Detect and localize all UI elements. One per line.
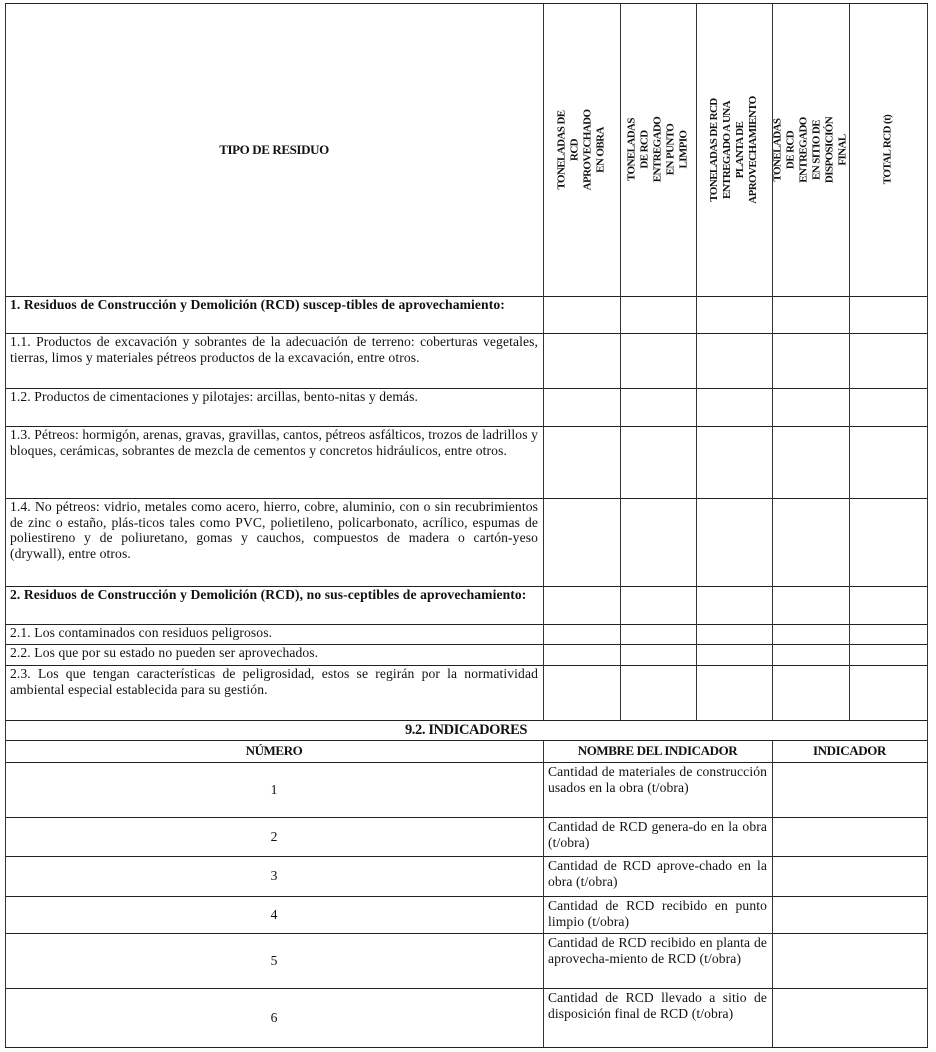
waste-type-row-label: 2.3. Los que tengan características de p… — [5, 665, 543, 720]
indicators-column-header: INDICADOR — [772, 740, 927, 762]
indicator-number: 6 — [5, 988, 543, 1047]
indicator-value-cell[interactable] — [772, 933, 927, 988]
waste-type-row-label: 2.2. Los que por su estado no pueden ser… — [5, 644, 543, 665]
tonnage-cell[interactable] — [620, 333, 696, 388]
tonnage-cell[interactable] — [620, 296, 696, 333]
waste-type-row-label: 1.1. Productos de excavación y sobrantes… — [5, 333, 543, 388]
indicator-number: 2 — [5, 817, 543, 856]
table-rule — [849, 3, 850, 720]
column-header-label: TONELADAS DE RCD ENTREGADO EN SITIO DE D… — [772, 111, 850, 188]
tonnage-cell[interactable] — [543, 586, 620, 624]
tonnage-cell[interactable] — [696, 624, 772, 644]
table-rule — [927, 3, 928, 720]
tonnage-cell[interactable] — [620, 388, 696, 426]
tonnage-cell[interactable] — [696, 426, 772, 498]
table-rule — [543, 3, 544, 720]
tonnage-cell[interactable] — [849, 624, 927, 644]
indicator-name: Cantidad de RCD recibido en punto limpio… — [543, 896, 772, 933]
tonnage-cell[interactable] — [772, 388, 849, 426]
tonnage-cell[interactable] — [620, 665, 696, 720]
indicator-name: Cantidad de materiales de construcción u… — [543, 762, 772, 817]
indicator-value-cell[interactable] — [772, 988, 927, 1047]
tonnage-cell[interactable] — [543, 426, 620, 498]
tonnage-cell[interactable] — [620, 586, 696, 624]
tonnage-cell[interactable] — [543, 333, 620, 388]
indicators-column-header: NOMBRE DEL INDICADOR — [543, 740, 772, 762]
tonnage-cell[interactable] — [696, 388, 772, 426]
indicators-column-header: NÚMERO — [5, 740, 543, 762]
table-rule — [772, 3, 773, 720]
tonnage-cell[interactable] — [620, 498, 696, 586]
waste-type-row-label: 1.2. Productos de cimentaciones y pilota… — [5, 388, 543, 426]
tonnage-cell[interactable] — [620, 624, 696, 644]
tonnage-cell[interactable] — [849, 498, 927, 586]
indicator-value-cell[interactable] — [772, 762, 927, 817]
tonnage-cell[interactable] — [543, 665, 620, 720]
waste-type-row-label: 1.4. No pétreos: vidrio, metales como ac… — [5, 498, 543, 586]
column-header-label: TONELADAS DE RCD ENTREGADO A UNA PLANTA … — [708, 96, 760, 204]
indicator-number: 5 — [5, 933, 543, 988]
tonnage-cell[interactable] — [849, 665, 927, 720]
indicator-name: Cantidad de RCD aprove-chado en la obra … — [543, 856, 772, 896]
indicator-name: Cantidad de RCD llevado a sitio de dispo… — [543, 988, 772, 1047]
tonnage-cell[interactable] — [696, 296, 772, 333]
tonnage-cell[interactable] — [543, 624, 620, 644]
tonnage-cell[interactable] — [620, 644, 696, 665]
tonnage-cell[interactable] — [849, 644, 927, 665]
tonnage-cell[interactable] — [772, 586, 849, 624]
indicator-value-cell[interactable] — [772, 817, 927, 856]
table-rule — [772, 740, 773, 1047]
tonnage-cell[interactable] — [696, 498, 772, 586]
tonnage-cell[interactable] — [772, 333, 849, 388]
table-rule — [5, 720, 6, 1047]
tonnage-cell[interactable] — [849, 388, 927, 426]
tonnage-cell[interactable] — [772, 498, 849, 586]
table-rule — [5, 1047, 928, 1048]
tonnage-cell[interactable] — [849, 426, 927, 498]
table-rule — [543, 740, 544, 1047]
column-header-label: TOTAL RCD (t) — [882, 111, 895, 189]
indicator-name: Cantidad de RCD recibido en planta de ap… — [543, 933, 772, 988]
tonnage-cell[interactable] — [543, 498, 620, 586]
tonnage-cell[interactable] — [620, 426, 696, 498]
waste-type-row-label: 2. Residuos de Construcción y Demolición… — [5, 586, 543, 624]
tonnage-cell[interactable] — [849, 296, 927, 333]
tonnage-cell[interactable] — [696, 644, 772, 665]
table-rule — [620, 3, 621, 720]
indicator-value-cell[interactable] — [772, 856, 927, 896]
indicator-value-cell[interactable] — [772, 896, 927, 933]
column-header-1: TONELADAS DE RCD APROVECHADO EN OBRA — [543, 3, 620, 296]
tonnage-cell[interactable] — [543, 644, 620, 665]
tonnage-cell[interactable] — [772, 426, 849, 498]
tonnage-cell[interactable] — [696, 333, 772, 388]
indicator-name: Cantidad de RCD genera-do en la obra (t/… — [543, 817, 772, 856]
indicator-number: 4 — [5, 896, 543, 933]
indicator-number: 3 — [5, 856, 543, 896]
table-rule — [696, 3, 697, 720]
tonnage-cell[interactable] — [696, 586, 772, 624]
column-header-4: TONELADAS DE RCD ENTREGADO EN SITIO DE D… — [772, 3, 849, 296]
tonnage-cell[interactable] — [772, 624, 849, 644]
column-header-2: TONELADAS DE RCD ENTREGADO EN PUNTO LIMP… — [620, 3, 696, 296]
tonnage-cell[interactable] — [849, 333, 927, 388]
tonnage-cell[interactable] — [696, 665, 772, 720]
waste-type-row-label: 2.1. Los contaminados con residuos pelig… — [5, 624, 543, 644]
column-header-3: TONELADAS DE RCD ENTREGADO A UNA PLANTA … — [696, 3, 772, 296]
tonnage-cell[interactable] — [543, 388, 620, 426]
column-header-waste-type: TIPO DE RESIDUO — [5, 3, 543, 296]
tonnage-cell[interactable] — [772, 665, 849, 720]
table-rule — [927, 720, 928, 1047]
column-header-label: TONELADAS DE RCD ENTREGADO EN PUNTO LIMP… — [626, 112, 691, 188]
waste-type-row-label: 1.3. Pétreos: hormigón, arenas, gravas, … — [5, 426, 543, 498]
tonnage-cell[interactable] — [772, 644, 849, 665]
indicators-title: 9.2. INDICADORES — [5, 720, 927, 740]
tonnage-cell[interactable] — [772, 296, 849, 333]
table-rule — [5, 3, 6, 720]
indicator-number: 1 — [5, 762, 543, 817]
column-header-label: TONELADAS DE RCD APROVECHADO EN OBRA — [556, 109, 608, 190]
tonnage-cell[interactable] — [849, 586, 927, 624]
tonnage-cell[interactable] — [543, 296, 620, 333]
column-header-5: TOTAL RCD (t) — [849, 3, 927, 296]
waste-type-row-label: 1. Residuos de Construcción y Demolición… — [5, 296, 543, 333]
